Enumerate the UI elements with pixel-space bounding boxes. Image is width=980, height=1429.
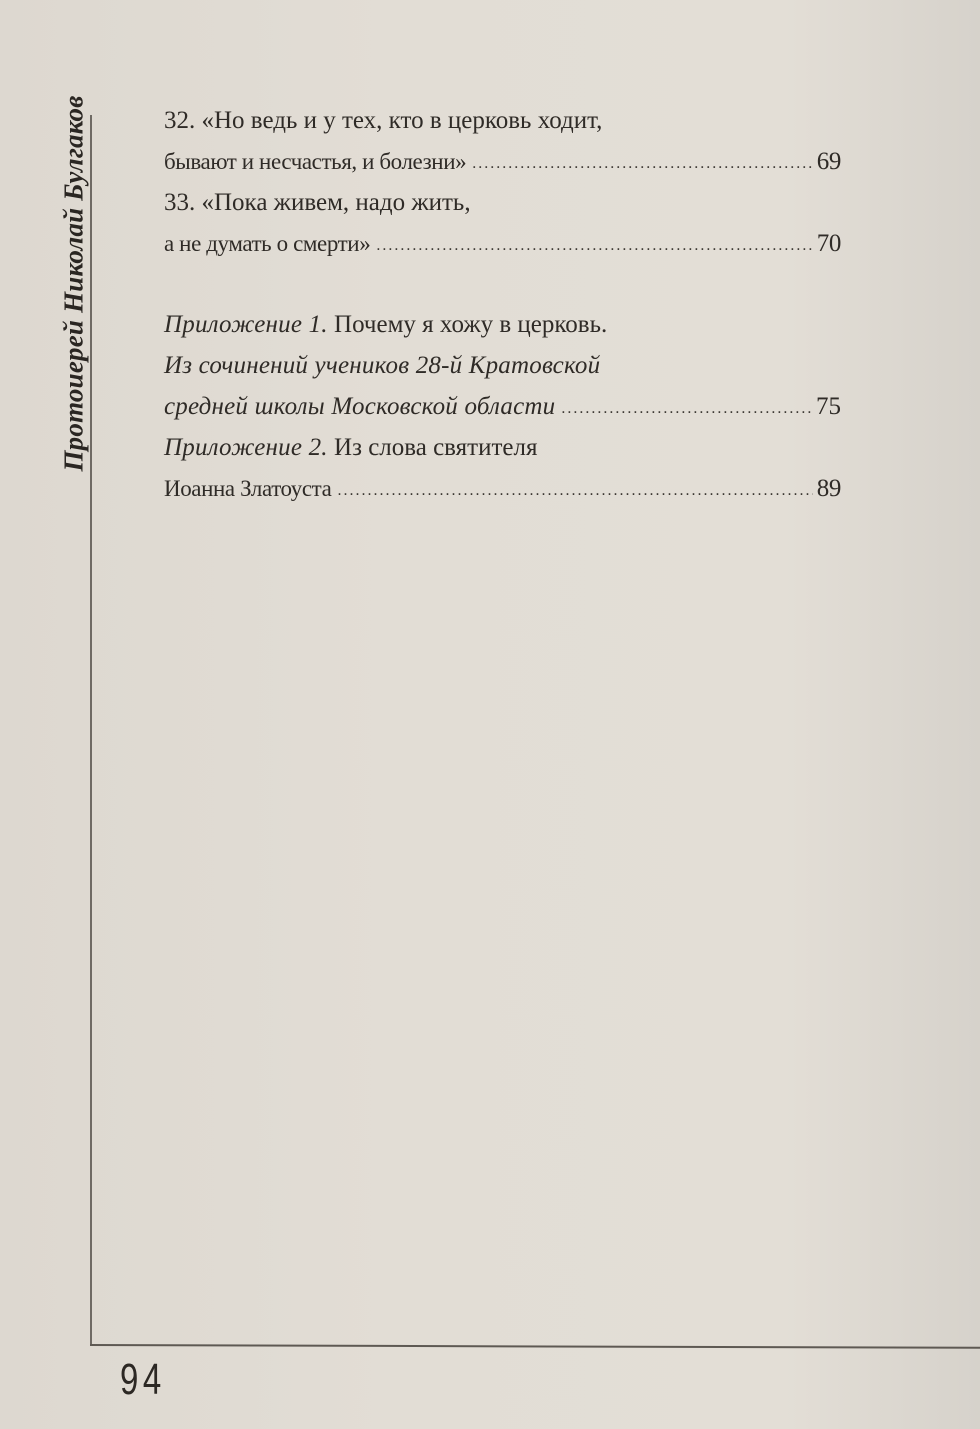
frame-rule-vertical — [90, 115, 92, 1345]
entry-page-number: 69 — [817, 141, 841, 182]
entry-title-line: «Но ведь и у тех, кто в церковь ходит, — [202, 100, 603, 141]
entry-title-line: Почему я хожу в церковь. — [334, 304, 607, 345]
toc-entry-33[interactable]: 33. «Пока живем, надо жить, а не думать … — [164, 182, 841, 264]
toc-entry-line: а не думать о смерти» 70 — [164, 223, 841, 264]
page-number: 94 — [120, 1355, 166, 1405]
entry-title-line: Иоанна Златоуста — [164, 468, 331, 509]
dot-leader — [472, 143, 813, 184]
entry-title-line: а не думать о смерти» — [164, 223, 370, 264]
entry-title-line: «Пока живем, надо жить, — [202, 182, 471, 223]
toc-entry-line: Приложение 1. Почему я хожу в церковь. — [164, 304, 841, 345]
frame-rule-horizontal — [90, 1344, 980, 1349]
dot-leader — [376, 225, 812, 266]
toc-entry-line: бывают и несчастья, и болезни» 69 — [164, 141, 841, 182]
toc-entry-line: 32. «Но ведь и у тех, кто в церковь ходи… — [164, 100, 841, 141]
toc-appendix-1[interactable]: Приложение 1. Почему я хожу в церковь. И… — [164, 304, 841, 427]
entry-number: 32. — [164, 100, 195, 141]
entry-title-line: средней школы Московской области — [164, 386, 555, 427]
entry-title-line: Из слова святителя — [334, 427, 537, 468]
entry-title-line: Из сочинений учеников 28-й Кратовской — [164, 345, 600, 386]
entry-page-number: 89 — [817, 468, 841, 509]
section-gap — [164, 264, 841, 304]
toc-entry-line: Приложение 2. Из слова святителя — [164, 427, 841, 468]
appendix-label: Приложение 2. — [164, 427, 328, 468]
entry-title-line: бывают и несчастья, и болезни» — [164, 141, 466, 182]
table-of-contents: 32. «Но ведь и у тех, кто в церковь ходи… — [164, 100, 841, 509]
toc-entry-line: средней школы Московской области 75 — [164, 386, 841, 427]
running-head-vertical: Протоиерей Николай Булгаков — [54, 78, 94, 488]
entry-page-number: 70 — [817, 223, 841, 264]
toc-entry-32[interactable]: 32. «Но ведь и у тех, кто в церковь ходи… — [164, 100, 841, 182]
toc-appendix-2[interactable]: Приложение 2. Из слова святителя Иоанна … — [164, 427, 841, 509]
toc-entry-line: 33. «Пока живем, надо жить, — [164, 182, 841, 223]
dot-leader — [561, 388, 812, 429]
dot-leader — [337, 470, 812, 511]
appendix-label: Приложение 1. — [164, 304, 328, 345]
entry-page-number: 75 — [816, 386, 841, 427]
author-title: Протоиерей Николай Булгаков — [59, 95, 90, 471]
entry-number: 33. — [164, 182, 195, 223]
toc-entry-line: Из сочинений учеников 28-й Кратовской — [164, 345, 841, 386]
book-page: Протоиерей Николай Булгаков 32. «Но ведь… — [0, 0, 980, 1429]
toc-entry-line: Иоанна Златоуста 89 — [164, 468, 841, 509]
